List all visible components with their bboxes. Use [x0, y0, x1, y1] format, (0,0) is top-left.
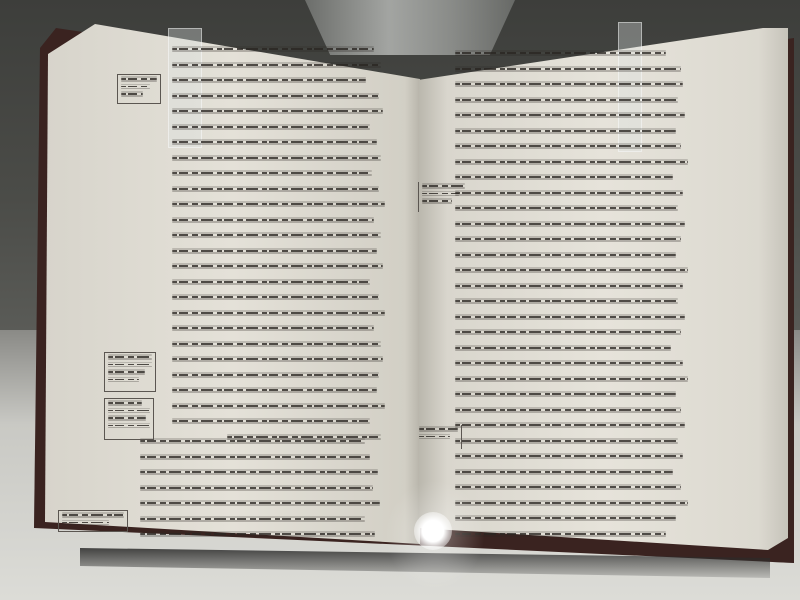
- margin-note: [418, 182, 468, 212]
- light-reflection: [414, 512, 452, 550]
- left-page-text: [172, 48, 392, 451]
- book-stand: [305, 0, 515, 55]
- margin-note: [58, 510, 128, 532]
- margin-note: [104, 352, 156, 392]
- right-page-text: [455, 52, 695, 548]
- margin-note: [117, 74, 161, 104]
- manuscript-photo: [0, 0, 800, 600]
- margin-note: [416, 425, 462, 449]
- margin-note: [104, 398, 154, 440]
- left-page-text-lower: [140, 440, 390, 549]
